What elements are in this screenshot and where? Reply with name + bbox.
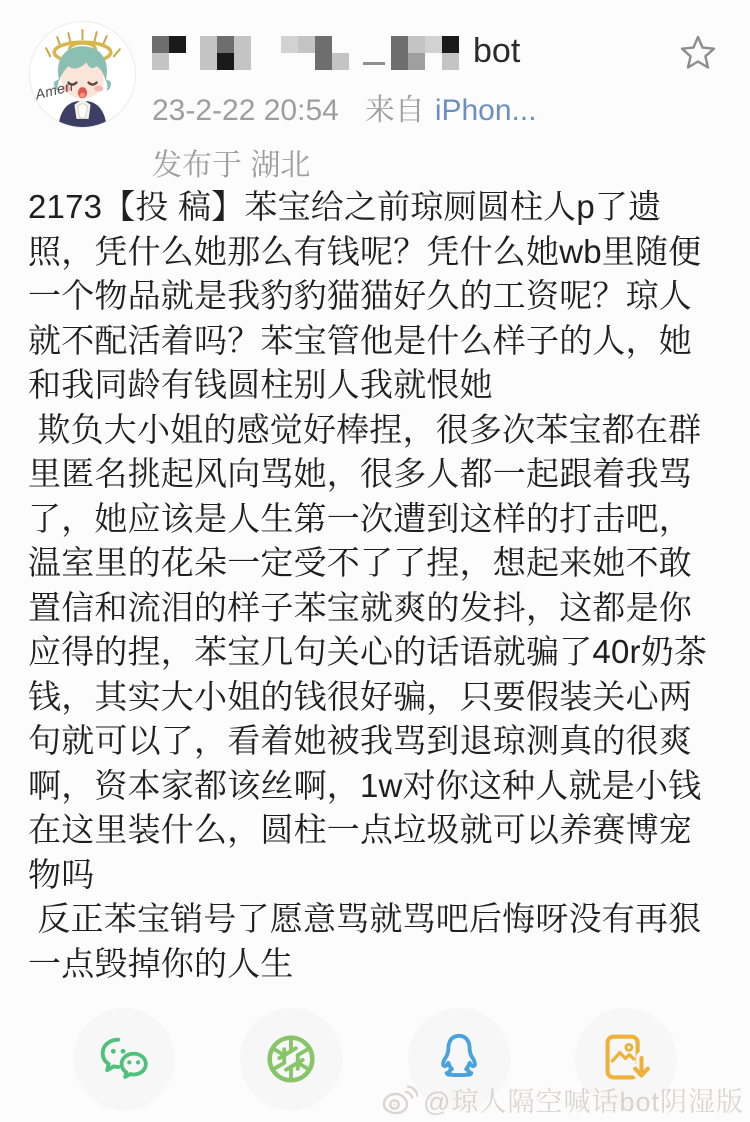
source-device-link[interactable]: iPhon... (435, 94, 537, 128)
location-line: 发布于 湖北 (152, 140, 672, 184)
timestamp: 23-2-22 20:54 (152, 94, 339, 128)
share-wechat-button[interactable] (73, 1008, 175, 1110)
post-body-text: 2173【投 稿】苯宝给之前琼厕圆柱人p了遗照，凭什么她那么有钱呢？凭什么她wb… (28, 185, 724, 986)
wechat-moments-icon (260, 1028, 322, 1090)
weibo-watermark: @琼人隔空喊话bot阴湿版 (382, 1080, 744, 1119)
star-icon (678, 33, 718, 73)
source-prefix: 来自 (365, 85, 425, 129)
wechat-icon (93, 1028, 155, 1090)
weibo-post-screenshot: Amen bot 23-2-22 20:54 来自 iPhon... 发布于 湖… (0, 0, 750, 1122)
username[interactable]: bot (152, 26, 672, 70)
censored-username-mosaic (391, 36, 459, 70)
weibo-logo-icon (382, 1084, 418, 1116)
censored-username-mosaic (281, 36, 349, 70)
post-header: bot 23-2-22 20:54 来自 iPhon... 发布于 湖北 (152, 26, 672, 184)
avatar-illustration (30, 22, 135, 127)
share-moments-button[interactable] (240, 1008, 342, 1110)
post-meta-line: 23-2-22 20:54 来自 iPhon... (152, 85, 672, 129)
watermark-text: @琼人隔空喊话bot阴湿版 (423, 1080, 744, 1119)
avatar[interactable]: Amen (30, 22, 135, 127)
censored-username-underscore (363, 62, 385, 65)
censored-username-mosaic (152, 36, 186, 70)
favorite-star-button[interactable] (678, 33, 718, 73)
censored-username-mosaic (200, 36, 251, 70)
username-visible-suffix: bot (473, 34, 520, 70)
